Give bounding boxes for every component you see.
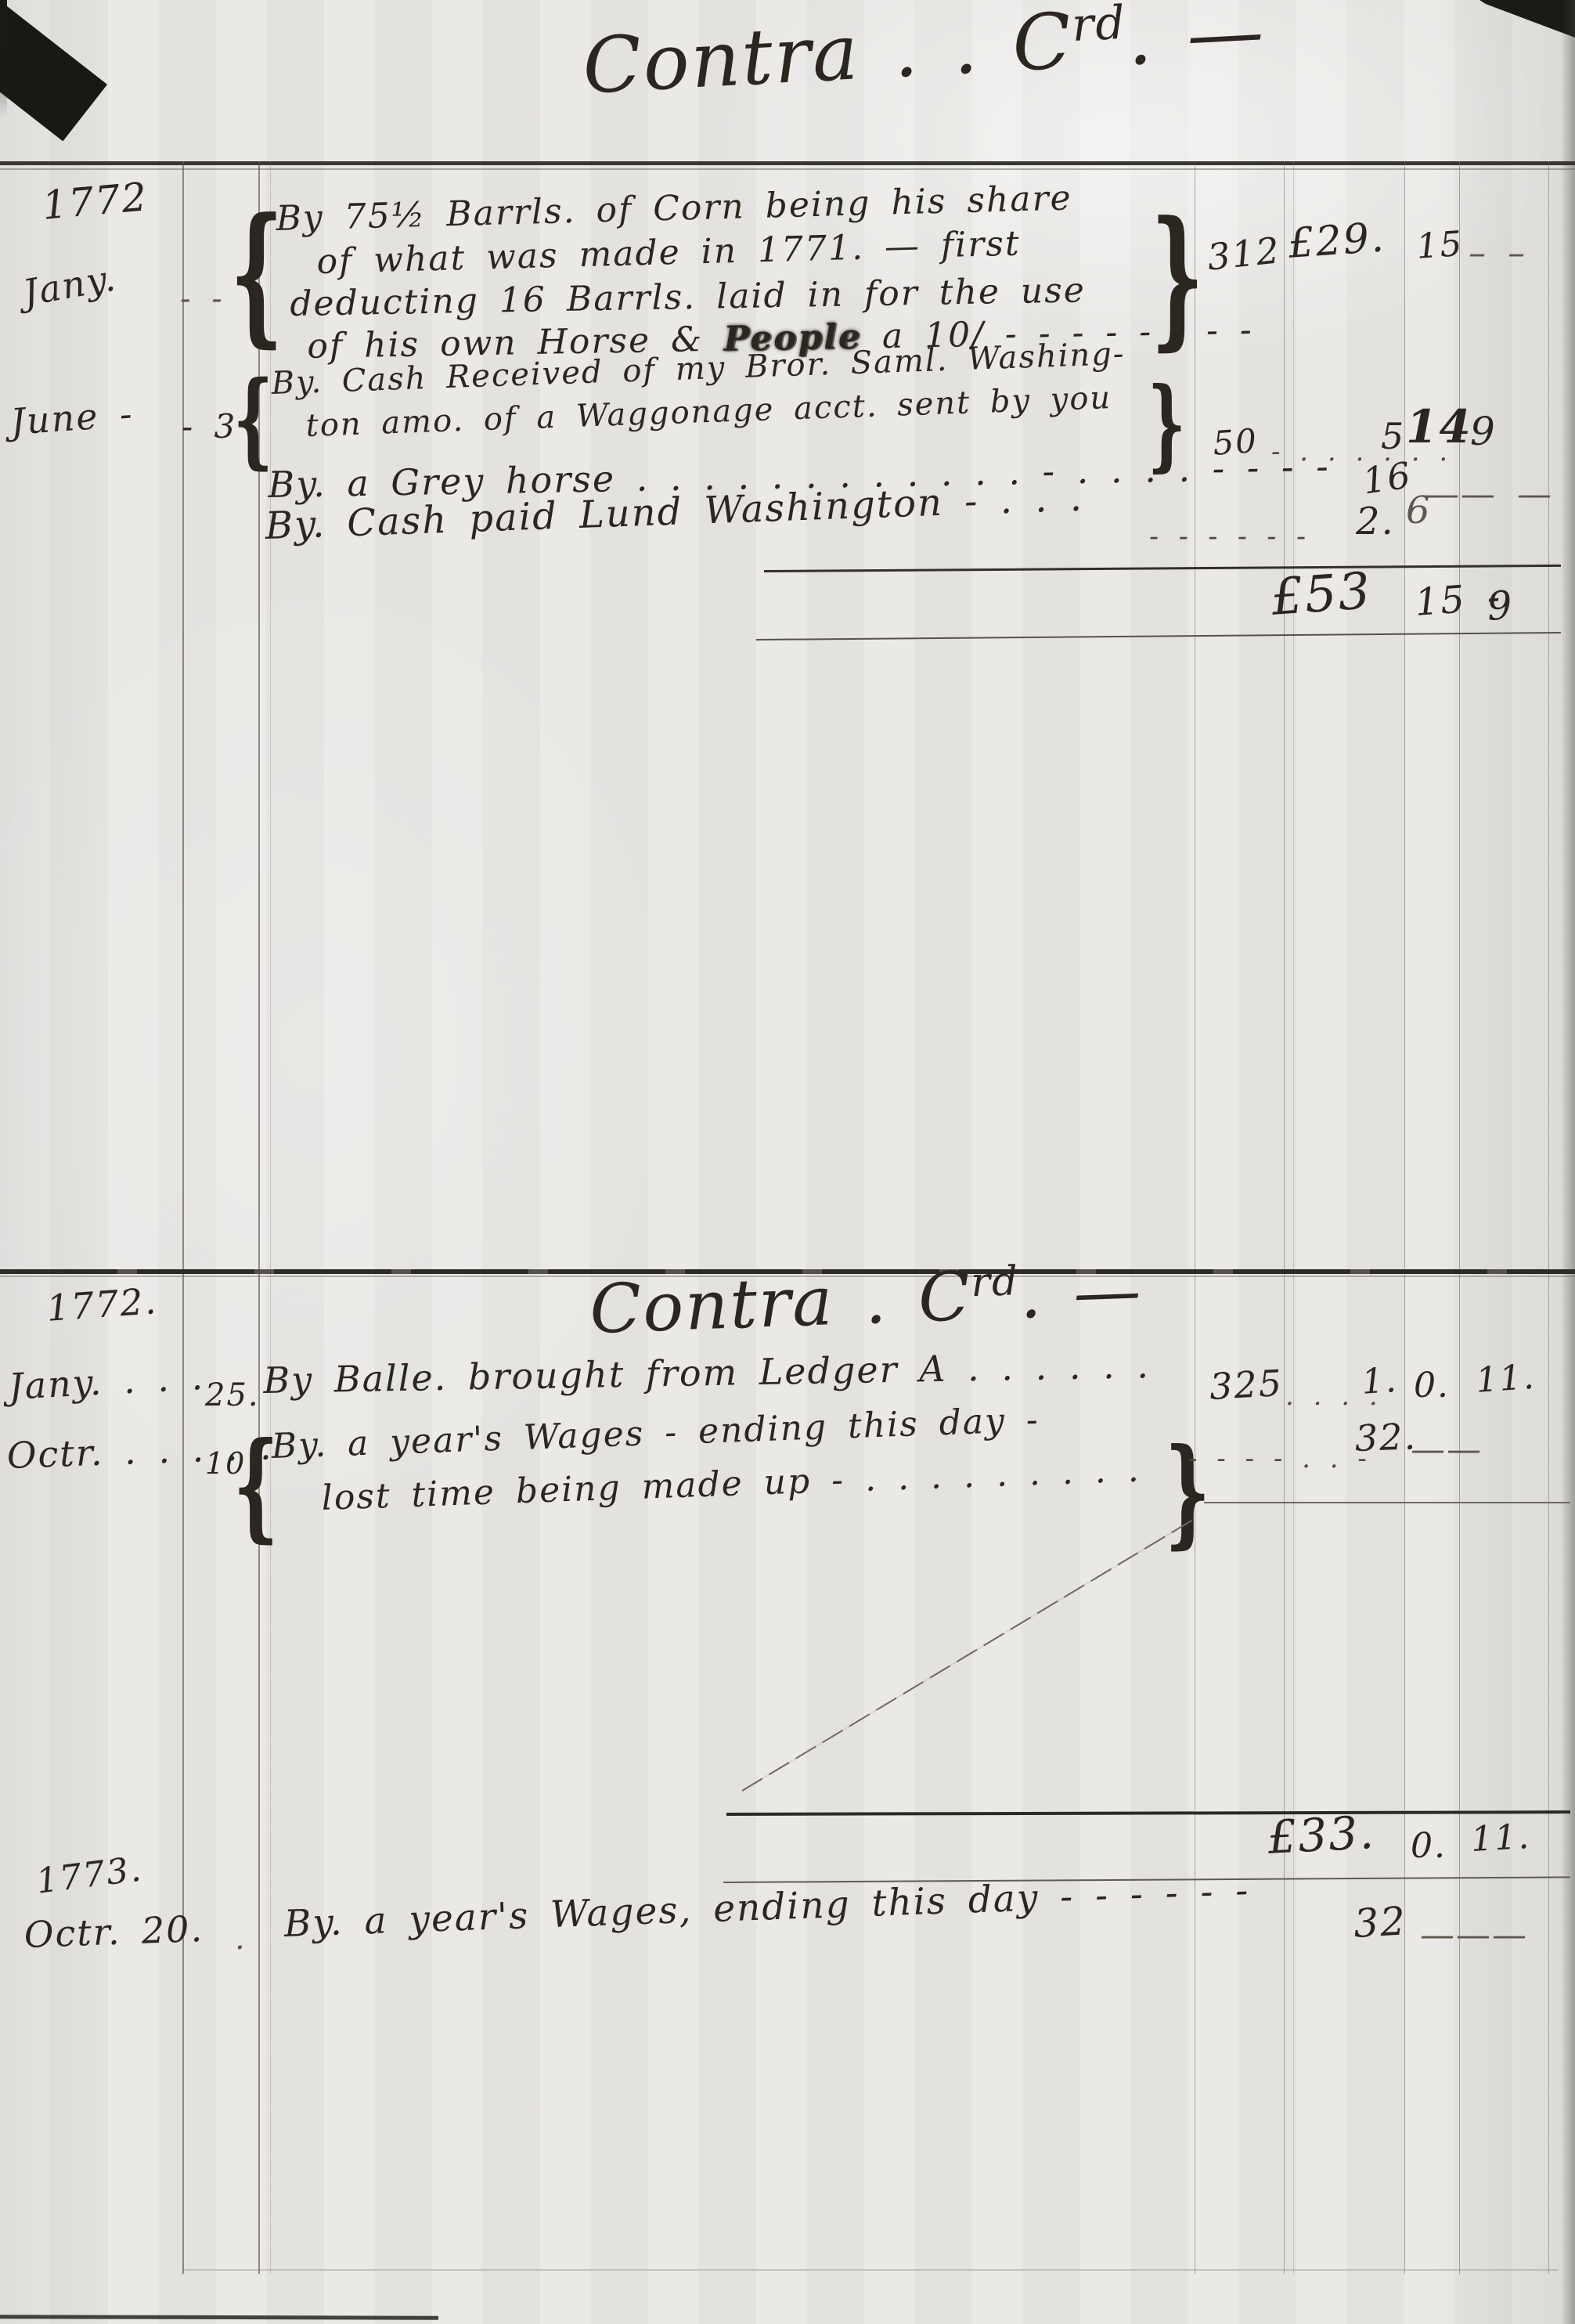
entry-cash-paid-shillings: 6 bbox=[1406, 492, 1432, 529]
section2-title-flourish: . — bbox=[1018, 1251, 1144, 1333]
page-title-superscript: rd bbox=[1070, 0, 1127, 52]
page-title: Contra . . Crd. — bbox=[581, 0, 1267, 106]
scan-edge-right bbox=[1562, 0, 1575, 2324]
entry-balance-pence: 11. bbox=[1475, 1360, 1537, 1398]
section2-total-pounds: £33. bbox=[1267, 1810, 1376, 1860]
curly-brace-open: { bbox=[233, 368, 273, 471]
scan-artifact-top-right bbox=[1479, 0, 1575, 38]
dotted-leader: - - - - . . - bbox=[1188, 1445, 1368, 1472]
section2-title-text: Contra . C bbox=[589, 1258, 973, 1349]
section1-year: 1772 bbox=[41, 177, 150, 226]
entry-wages-pounds: 32. bbox=[1354, 1418, 1418, 1456]
scan-artifact-top-left bbox=[0, 0, 107, 141]
section2-amount-rule bbox=[1204, 1502, 1570, 1503]
section2-title: Contra . Crd. — bbox=[589, 1257, 1144, 1344]
entry-corn-pounds: £29. bbox=[1287, 217, 1386, 265]
entry-balance-pounds: 1. bbox=[1361, 1363, 1399, 1400]
section1-entry2-day: - 3 bbox=[182, 410, 236, 443]
scan-edge-left bbox=[0, 0, 7, 117]
section3-entry1-date: Octr. 20. bbox=[23, 1911, 204, 1953]
entry-wages-line2: lost time being made up - . . . . . . . … bbox=[321, 1452, 1141, 1515]
entry-corn-pence: – – bbox=[1469, 236, 1526, 271]
entry-balance-line: By Balle. brought from Ledger A . . . . … bbox=[263, 1347, 1150, 1398]
entry-corn-folio: 312 bbox=[1206, 232, 1282, 276]
section2-title-superscript: rd bbox=[970, 1258, 1020, 1306]
section2-total-rule-top bbox=[726, 1810, 1570, 1816]
section2-entry1-day: 25. bbox=[205, 1380, 260, 1411]
entry-wages-1773-shillings-dash: ——— bbox=[1420, 1918, 1528, 1953]
entry-cash-received-shillings: 14 bbox=[1406, 404, 1472, 449]
entry-grey-horse-shillings-dash: —— — bbox=[1425, 478, 1553, 512]
date-column-rule bbox=[182, 161, 184, 2274]
section2-year: 1772. bbox=[45, 1283, 159, 1326]
section3-entry1-day-dot: . bbox=[235, 1923, 247, 1954]
ledger-page: Contra . . Crd. — 1772 Jany. - - { By 75… bbox=[0, 0, 1575, 2324]
bottom-faint-rule bbox=[182, 2269, 1558, 2271]
section1-entry1-month: Jany. bbox=[20, 259, 119, 311]
top-rule bbox=[0, 161, 1575, 165]
entry-balance-folio: 325 bbox=[1209, 1365, 1284, 1405]
section1-total-pence: 9 bbox=[1486, 586, 1515, 626]
section1-total-rule-bottom bbox=[756, 632, 1561, 641]
section1-total-rule-top bbox=[764, 565, 1561, 572]
section1-entry2-month: June - bbox=[9, 395, 135, 440]
section1-entry1-day-dashes: - - bbox=[180, 283, 224, 315]
entry-cash-paid-pounds: 2. bbox=[1356, 503, 1395, 540]
page-title-flourish: . — bbox=[1125, 0, 1267, 83]
dotted-leader: - - - - - - bbox=[1149, 523, 1307, 551]
entry-wages-1773-pounds: 32 bbox=[1353, 1901, 1407, 1943]
curly-brace-close: } bbox=[1151, 202, 1204, 352]
entry-wages-shillings-dash: —— bbox=[1411, 1433, 1483, 1467]
page-title-text: Contra . . C bbox=[581, 0, 1076, 112]
top-rule-echo bbox=[0, 168, 1575, 170]
section2-total-pence: 11. bbox=[1470, 1820, 1531, 1857]
entry-wages-line1: By. a year's Wages - ending this day - bbox=[271, 1403, 1040, 1464]
entry-cash-received-pounds: 5 bbox=[1381, 418, 1405, 454]
entry-balance-shillings: 0. bbox=[1414, 1369, 1450, 1403]
diagonal-closing-stroke bbox=[741, 1519, 1193, 1792]
section2-entry1-month: Jany. . . . bbox=[8, 1359, 205, 1405]
section1-total-pounds: £53 bbox=[1270, 566, 1373, 623]
scan-artifact-bottom bbox=[0, 2315, 438, 2319]
section3-year: 1773. bbox=[34, 1852, 144, 1899]
entry-cash-received-pence: 9 bbox=[1470, 412, 1497, 451]
entry-corn-shillings: 15 bbox=[1415, 227, 1465, 265]
section2-total-shillings: 0. bbox=[1411, 1829, 1447, 1864]
